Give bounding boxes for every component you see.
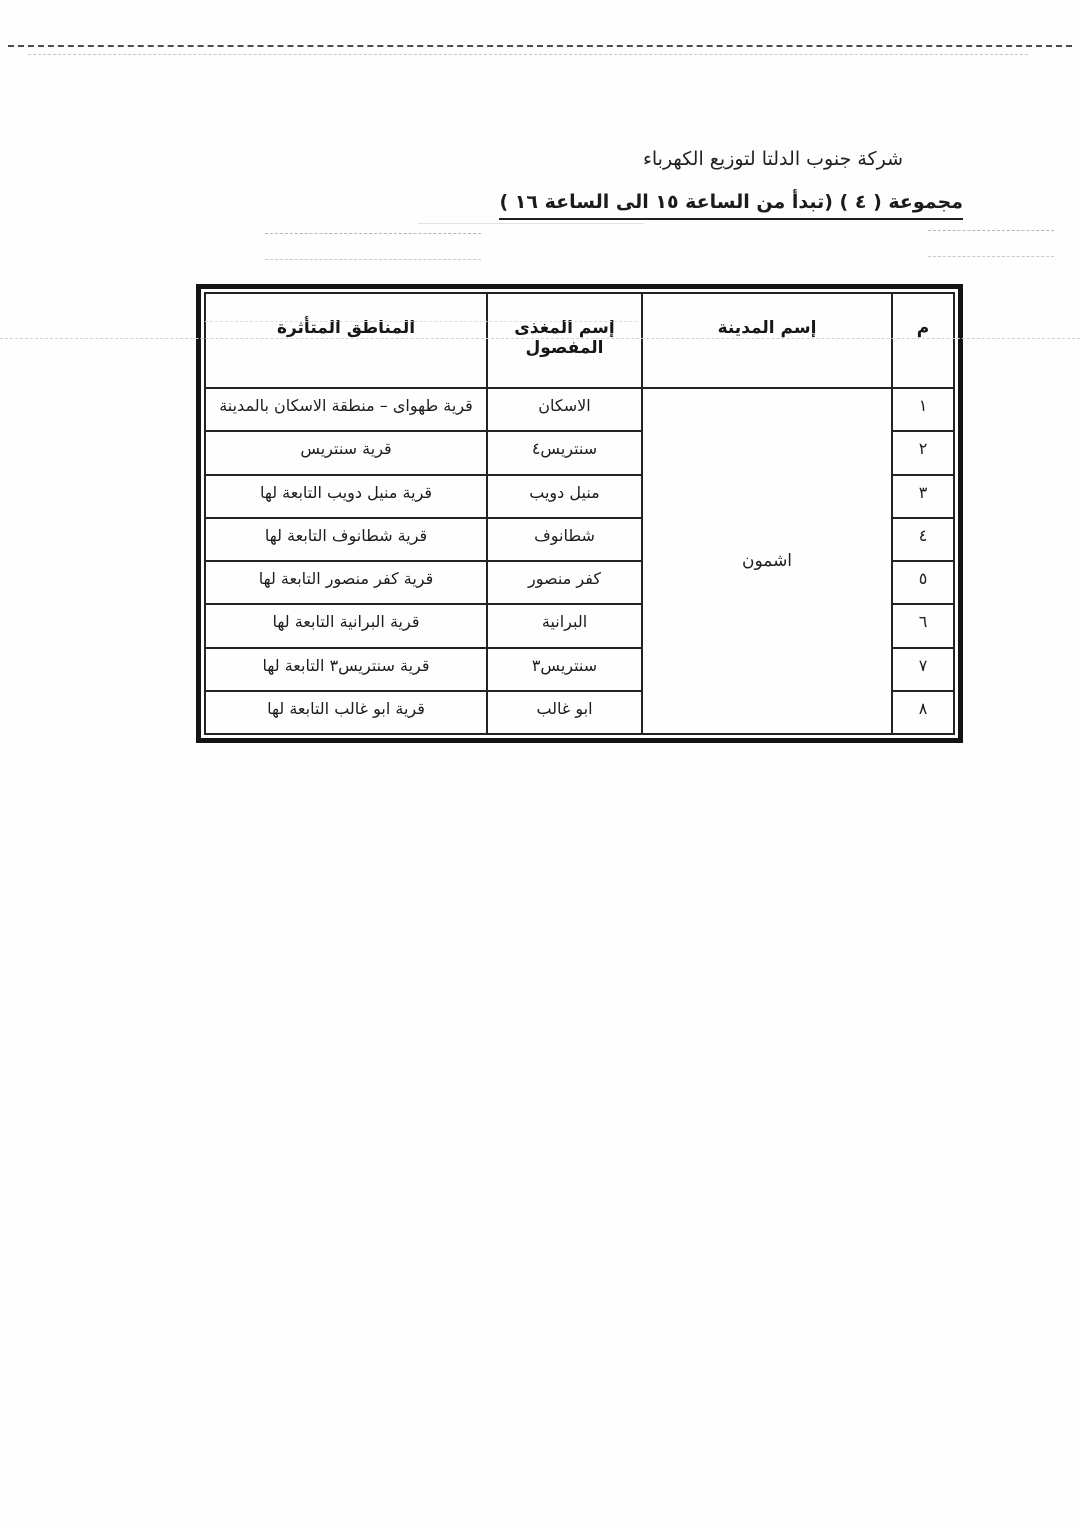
scan-artifact-right-dashes [928,230,1054,231]
header-index: م [892,293,954,388]
scan-artifact-mid-dashes [265,233,481,234]
feeder-name-cell: ابو غالب [487,691,642,734]
row-number-cell: ٤ [892,518,954,561]
row-number-cell: ٣ [892,475,954,518]
scan-artifact-top-line-faint [28,54,1028,55]
outage-schedule-table: م إسم المدينة إسم المغذى المفصول المناطق… [204,292,955,735]
scan-artifact-under-title [418,223,644,224]
company-name: شركة جنوب الدلتا لتوزيع الكهرباء [643,148,903,170]
row-number-cell: ٨ [892,691,954,734]
feeder-name-cell: البرانية [487,604,642,647]
table-frame: م إسم المدينة إسم المغذى المفصول المناطق… [196,284,963,743]
table-row: ١اشمونالاسكانقرية طهواى – منطقة الاسكان … [205,388,954,431]
header-areas: المناطق المتأثرة [205,293,487,388]
row-number-cell: ١ [892,388,954,431]
header-city: إسم المدينة [642,293,892,388]
affected-areas-cell: قرية شطانوف التابعة لها [205,518,487,561]
scan-artifact-mid-dashes [265,259,481,260]
row-number-cell: ٦ [892,604,954,647]
table-header-row: م إسم المدينة إسم المغذى المفصول المناطق… [205,293,954,388]
feeder-name-cell: سنتريس٤ [487,431,642,474]
header-feeder: إسم المغذى المفصول [487,293,642,388]
feeder-name-cell: كفر منصور [487,561,642,604]
affected-areas-cell: قرية سنتريس [205,431,487,474]
affected-areas-cell: قرية البرانية التابعة لها [205,604,487,647]
feeder-name-cell: منيل دويب [487,475,642,518]
feeder-name-cell: سنتريس٣ [487,648,642,691]
scan-artifact-header-line [205,321,637,322]
row-number-cell: ٢ [892,431,954,474]
scan-artifact-right-dashes [928,256,1054,257]
row-number-cell: ٥ [892,561,954,604]
scanned-document-page: شركة جنوب الدلتا لتوزيع الكهرباء مجموعة … [0,0,1080,1528]
feeder-name-cell: الاسكان [487,388,642,431]
affected-areas-cell: قرية طهواى – منطقة الاسكان بالمدينة [205,388,487,431]
affected-areas-cell: قرية ابو غالب التابعة لها [205,691,487,734]
affected-areas-cell: قرية كفر منصور التابعة لها [205,561,487,604]
affected-areas-cell: قرية منيل دويب التابعة لها [205,475,487,518]
feeder-name-cell: شطانوف [487,518,642,561]
group-title: مجموعة ( ٤ ) (تبدأ من الساعة ١٥ الى السا… [499,191,963,220]
scan-artifact-cross-line [0,338,1080,339]
row-number-cell: ٧ [892,648,954,691]
affected-areas-cell: قرية سنتريس٣ التابعة لها [205,648,487,691]
scan-artifact-top-line [8,45,1072,47]
city-name-cell: اشمون [642,388,892,734]
